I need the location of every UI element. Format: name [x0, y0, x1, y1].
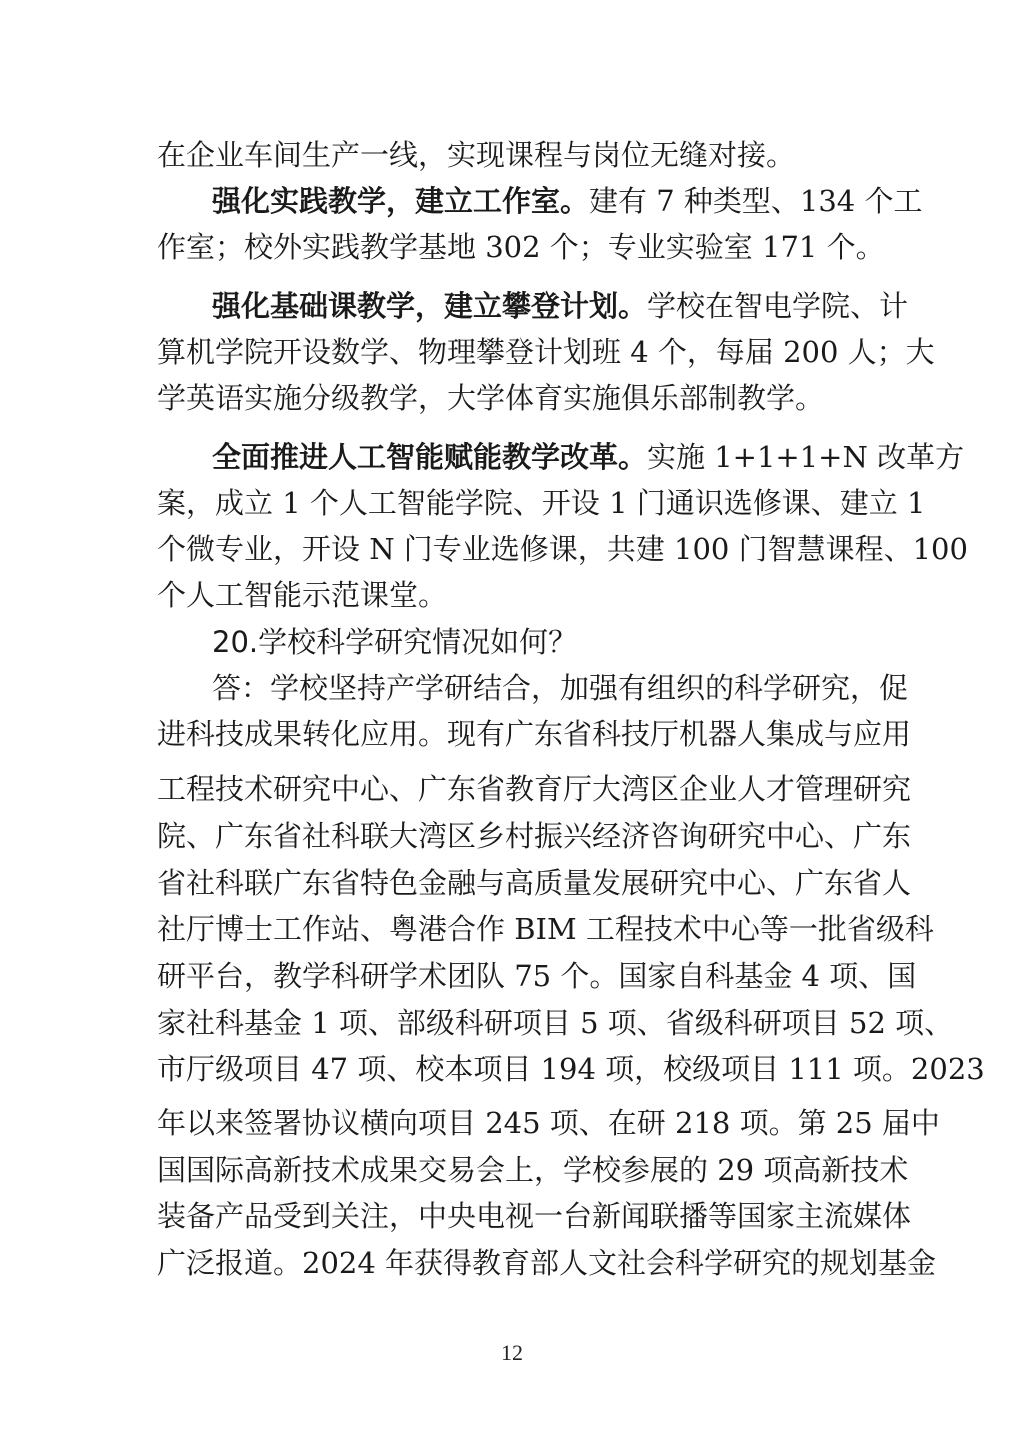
text-line: 20.学校科学研究情况如何？: [212, 619, 869, 665]
text-line: 广泛报道。2024 年获得教育部人文社会科学研究的规划基金: [157, 1240, 869, 1286]
text-line: 个人工智能示范课堂。: [157, 572, 869, 618]
body-text: 学校在智电学院、计: [647, 289, 908, 323]
text-line: 装备产品受到关注，中央电视一台新闻联播等国家主流媒体: [157, 1193, 869, 1239]
text-line: 省社科联广东省特色金融与高质量发展研究中心、广东省人: [157, 860, 869, 906]
text-line: 全面推进人工智能赋能教学改革。实施 1+1+1+N 改革方: [212, 434, 869, 480]
page-number: 12: [0, 1340, 1024, 1366]
body-text: 作室；校外实践教学基地 302 个；专业实验室 171 个。: [157, 230, 885, 264]
body-text: 进科技成果转化应用。现有广东省科技厅机器人集成与应用: [157, 717, 911, 751]
text-line: 社厅博士工作站、粤港合作 BIM 工程技术中心等一批省级科: [157, 906, 869, 952]
body-text: 建有 7 种类型、134 个工: [589, 184, 922, 218]
text-line: 强化基础课教学，建立攀登计划。学校在智电学院、计: [212, 283, 869, 329]
body-text: 家社科基金 1 项、部级科研项目 5 项、省级科研项目 52 项、: [157, 1006, 953, 1040]
text-line: 家社科基金 1 项、部级科研项目 5 项、省级科研项目 52 项、: [157, 1000, 869, 1046]
body-text: 广泛报道。2024 年获得教育部人文社会科学研究的规划基金: [157, 1246, 936, 1280]
body-text: 算机学院开设数学、物理攀登计划班 4 个，每届 200 人；大: [157, 335, 935, 369]
body-text: 省社科联广东省特色金融与高质量发展研究中心、广东省人: [157, 866, 911, 900]
body-text: 国国际高新技术成果交易会上，学校参展的 29 项高新技术: [157, 1153, 908, 1187]
text-line: 研平台，教学科研学术团队 75 个。国家自科基金 4 项、国: [157, 953, 869, 999]
text-line: 强化实践教学，建立工作室。建有 7 种类型、134 个工: [212, 178, 869, 224]
body-text: 案，成立 1 个人工智能学院、开设 1 门通识选修课、建立 1: [157, 486, 925, 520]
body-text: 市厅级项目 47 项、校本项目 194 项，校级项目 111 项。2023: [157, 1052, 985, 1086]
question-heading: 20.学校科学研究情况如何？: [212, 625, 577, 659]
body-text: 学英语实施分级教学，大学体育实施俱乐部制教学。: [157, 381, 824, 415]
text-line: 年以来签署协议横向项目 245 项、在研 218 项。第 25 届中: [157, 1100, 869, 1146]
body-text: 年以来签署协议横向项目 245 项、在研 218 项。第 25 届中: [157, 1106, 940, 1140]
body-text: 研平台，教学科研学术团队 75 个。国家自科基金 4 项、国: [157, 959, 916, 993]
text-line: 国国际高新技术成果交易会上，学校参展的 29 项高新技术: [157, 1147, 869, 1193]
text-line: 案，成立 1 个人工智能学院、开设 1 门通识选修课、建立 1: [157, 480, 869, 526]
bold-lead-phrase: 强化基础课教学，建立攀登计划。: [212, 289, 647, 323]
text-line: 学英语实施分级教学，大学体育实施俱乐部制教学。: [157, 375, 869, 421]
text-line: 工程技术研究中心、广东省教育厅大湾区企业人才管理研究: [157, 766, 869, 812]
body-text: 个微专业，开设 N 门专业选修课，共建 100 门智慧课程、100: [157, 532, 968, 566]
body-text: 院、广东省社科联大湾区乡村振兴经济咨询研究中心、广东: [157, 819, 911, 853]
body-text: 个人工智能示范课堂。: [157, 578, 447, 612]
body-text: 实施 1+1+1+N 改革方: [647, 440, 964, 474]
text-line: 作室；校外实践教学基地 302 个；专业实验室 171 个。: [157, 224, 869, 270]
text-line: 个微专业，开设 N 门专业选修课，共建 100 门智慧课程、100: [157, 526, 869, 572]
text-line: 院、广东省社科联大湾区乡村振兴经济咨询研究中心、广东: [157, 813, 869, 859]
bold-lead-phrase: 全面推进人工智能赋能教学改革。: [212, 440, 647, 474]
body-text: 装备产品受到关注，中央电视一台新闻联播等国家主流媒体: [157, 1199, 911, 1233]
body-text: 在企业车间生产一线，实现课程与岗位无缝对接。: [157, 138, 795, 172]
body-text: 社厅博士工作站、粤港合作 BIM 工程技术中心等一批省级科: [157, 912, 934, 946]
text-line: 答：学校坚持产学研结合，加强有组织的科学研究，促: [212, 665, 869, 711]
body-text: 答：学校坚持产学研结合，加强有组织的科学研究，促: [212, 671, 908, 705]
document-page: 在企业车间生产一线，实现课程与岗位无缝对接。强化实践教学，建立工作室。建有 7 …: [0, 0, 1024, 1448]
body-text: 工程技术研究中心、广东省教育厅大湾区企业人才管理研究: [157, 772, 911, 806]
text-line: 市厅级项目 47 项、校本项目 194 项，校级项目 111 项。2023: [157, 1046, 869, 1092]
text-line: 在企业车间生产一线，实现课程与岗位无缝对接。: [157, 132, 869, 178]
text-line: 算机学院开设数学、物理攀登计划班 4 个，每届 200 人；大: [157, 329, 869, 375]
text-line: 进科技成果转化应用。现有广东省科技厅机器人集成与应用: [157, 711, 869, 757]
bold-lead-phrase: 强化实践教学，建立工作室。: [212, 184, 589, 218]
